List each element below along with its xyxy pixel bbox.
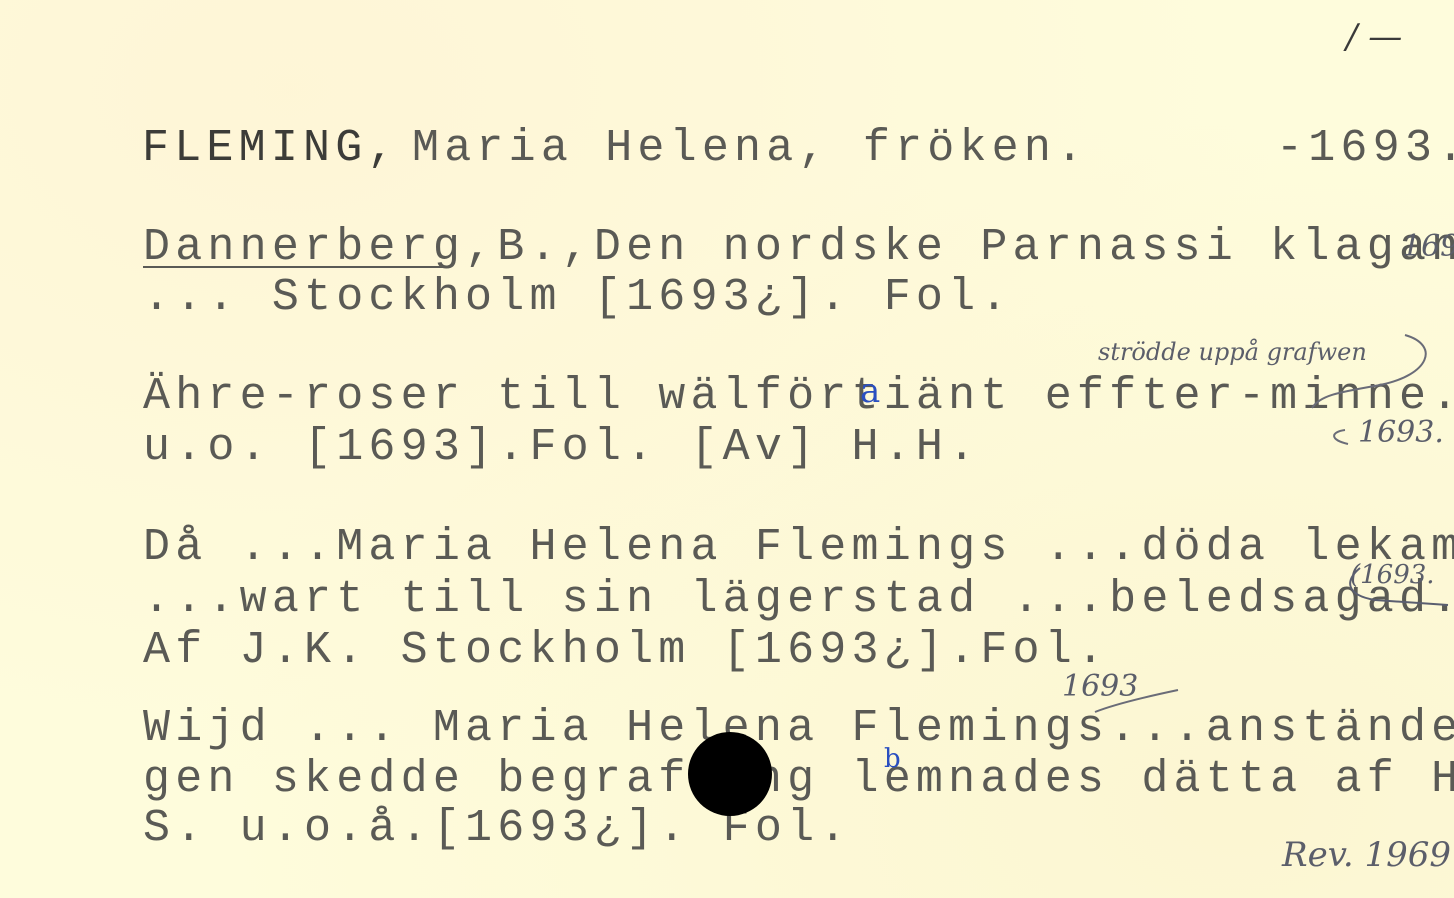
entry-1-annotation: 1693: [1402, 232, 1454, 262]
author-underline: [143, 266, 445, 268]
entry-3-line-2: ...wart till sin lägerstad ...beledsagad…: [143, 577, 1454, 622]
entry-1-line-2: ... Stockholm [1693¿]. Fol.: [143, 275, 1013, 320]
entry-2-line-2: u.o. [1693].Fol. [Av] H.H.: [143, 425, 980, 470]
corner-mark: / —: [1346, 20, 1402, 54]
entry-2-line-1: Ähre-roser till wälförtiänt effter-minne…: [143, 374, 1454, 419]
entry-2-correction: a: [860, 374, 880, 408]
entry-4-annotation-above: 1693: [1062, 672, 1138, 702]
entry-4-line-1: Wijd ... Maria Helena Flemings...anständ…: [143, 706, 1454, 751]
punch-hole: [688, 732, 772, 816]
heading-surname: FLEMING,: [142, 126, 400, 171]
entry-4-line-2: gen skedde begrafning lemnades dätta af …: [143, 757, 1454, 802]
heading-years: -1693.: [1276, 126, 1454, 171]
entry-2-annotation: 1693.: [1358, 418, 1444, 448]
entry-1-line-1: Dannerberg,B.,Den nordske Parnassi klaga…: [143, 225, 1454, 270]
catalog-card: / — FLEMING, Maria Helena, fröken. -1693…: [0, 0, 1454, 898]
entry-3-annotation: (1693.: [1350, 562, 1435, 588]
entry-3-line-1: Då ...Maria Helena Flemings ...döda leka…: [143, 525, 1454, 570]
revision-note: Rev. 1969: [1282, 838, 1451, 872]
entry-4-correction: b: [884, 746, 901, 772]
entry-2-annotation-above: strödde uppå grafwen: [1098, 340, 1367, 364]
entry-3-line-3: Af J.K. Stockholm [1693¿].Fol.: [143, 628, 1109, 673]
heading-given-name: Maria Helena, fröken.: [412, 126, 1088, 171]
